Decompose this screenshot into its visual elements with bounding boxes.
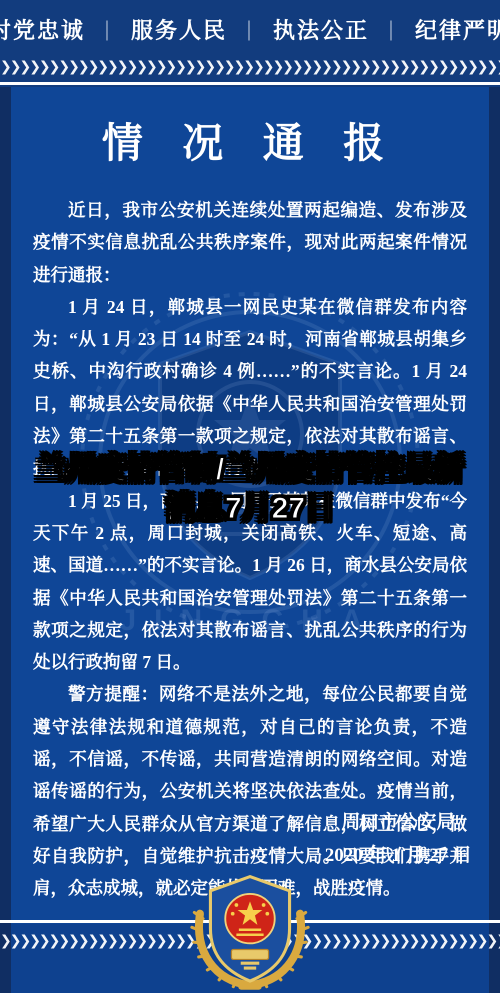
motto-item: 服务人民: [131, 14, 227, 45]
motto-item: 纪律严明: [415, 14, 500, 45]
divider-line-top: [0, 82, 500, 85]
motto-item: 执法公正: [273, 14, 369, 45]
issuing-authority: 周口市公安局: [325, 806, 472, 839]
motto-separator: ｜: [381, 15, 403, 44]
issue-date: 2020 年 1 月 27 日: [325, 839, 472, 872]
chevron-pattern-top: ❯❯❯❯❯❯❯❯❯❯❯❯❯❯❯❯❯❯❯❯❯❯❯❯❯❯❯❯❯❯❯❯❯❯❯❯❯❯❯❯…: [0, 60, 500, 76]
overlay-caption: 兰州疫情管制/兰州疫情管控最新消息7月27日: [30, 450, 470, 528]
motto-separator: ｜: [239, 15, 261, 44]
police-motto: 对党忠诚 ｜ 服务人民 ｜ 执法公正 ｜ 纪律严明: [0, 14, 500, 45]
motto-item: 对党忠诚: [0, 14, 85, 45]
notice-body: 近日，我市公安机关连续处置两起编造、发布涉及疫情不实信息扰乱公共秩序案件，现对此…: [33, 194, 467, 905]
right-border-strip: [489, 87, 500, 993]
top-banner: 对党忠诚 ｜ 服务人民 ｜ 执法公正 ｜ 纪律严明 ❯❯❯❯❯❯❯❯❯❯❯❯❯❯…: [0, 0, 500, 87]
police-notice-poster: 对党忠诚 ｜ 服务人民 ｜ 执法公正 ｜ 纪律严明 ❯❯❯❯❯❯❯❯❯❯❯❯❯❯…: [0, 0, 500, 993]
left-border-strip: [0, 87, 11, 993]
motto-separator: ｜: [97, 15, 119, 44]
notice-paragraph: 近日，我市公安机关连续处置两起编造、发布涉及疫情不实信息扰乱公共秩序案件，现对此…: [33, 194, 467, 291]
signature-block: 周口市公安局 2020 年 1 月 27 日: [325, 806, 472, 872]
notice-title: 情 况 通 报: [0, 110, 500, 169]
police-badge-icon: [182, 869, 318, 993]
